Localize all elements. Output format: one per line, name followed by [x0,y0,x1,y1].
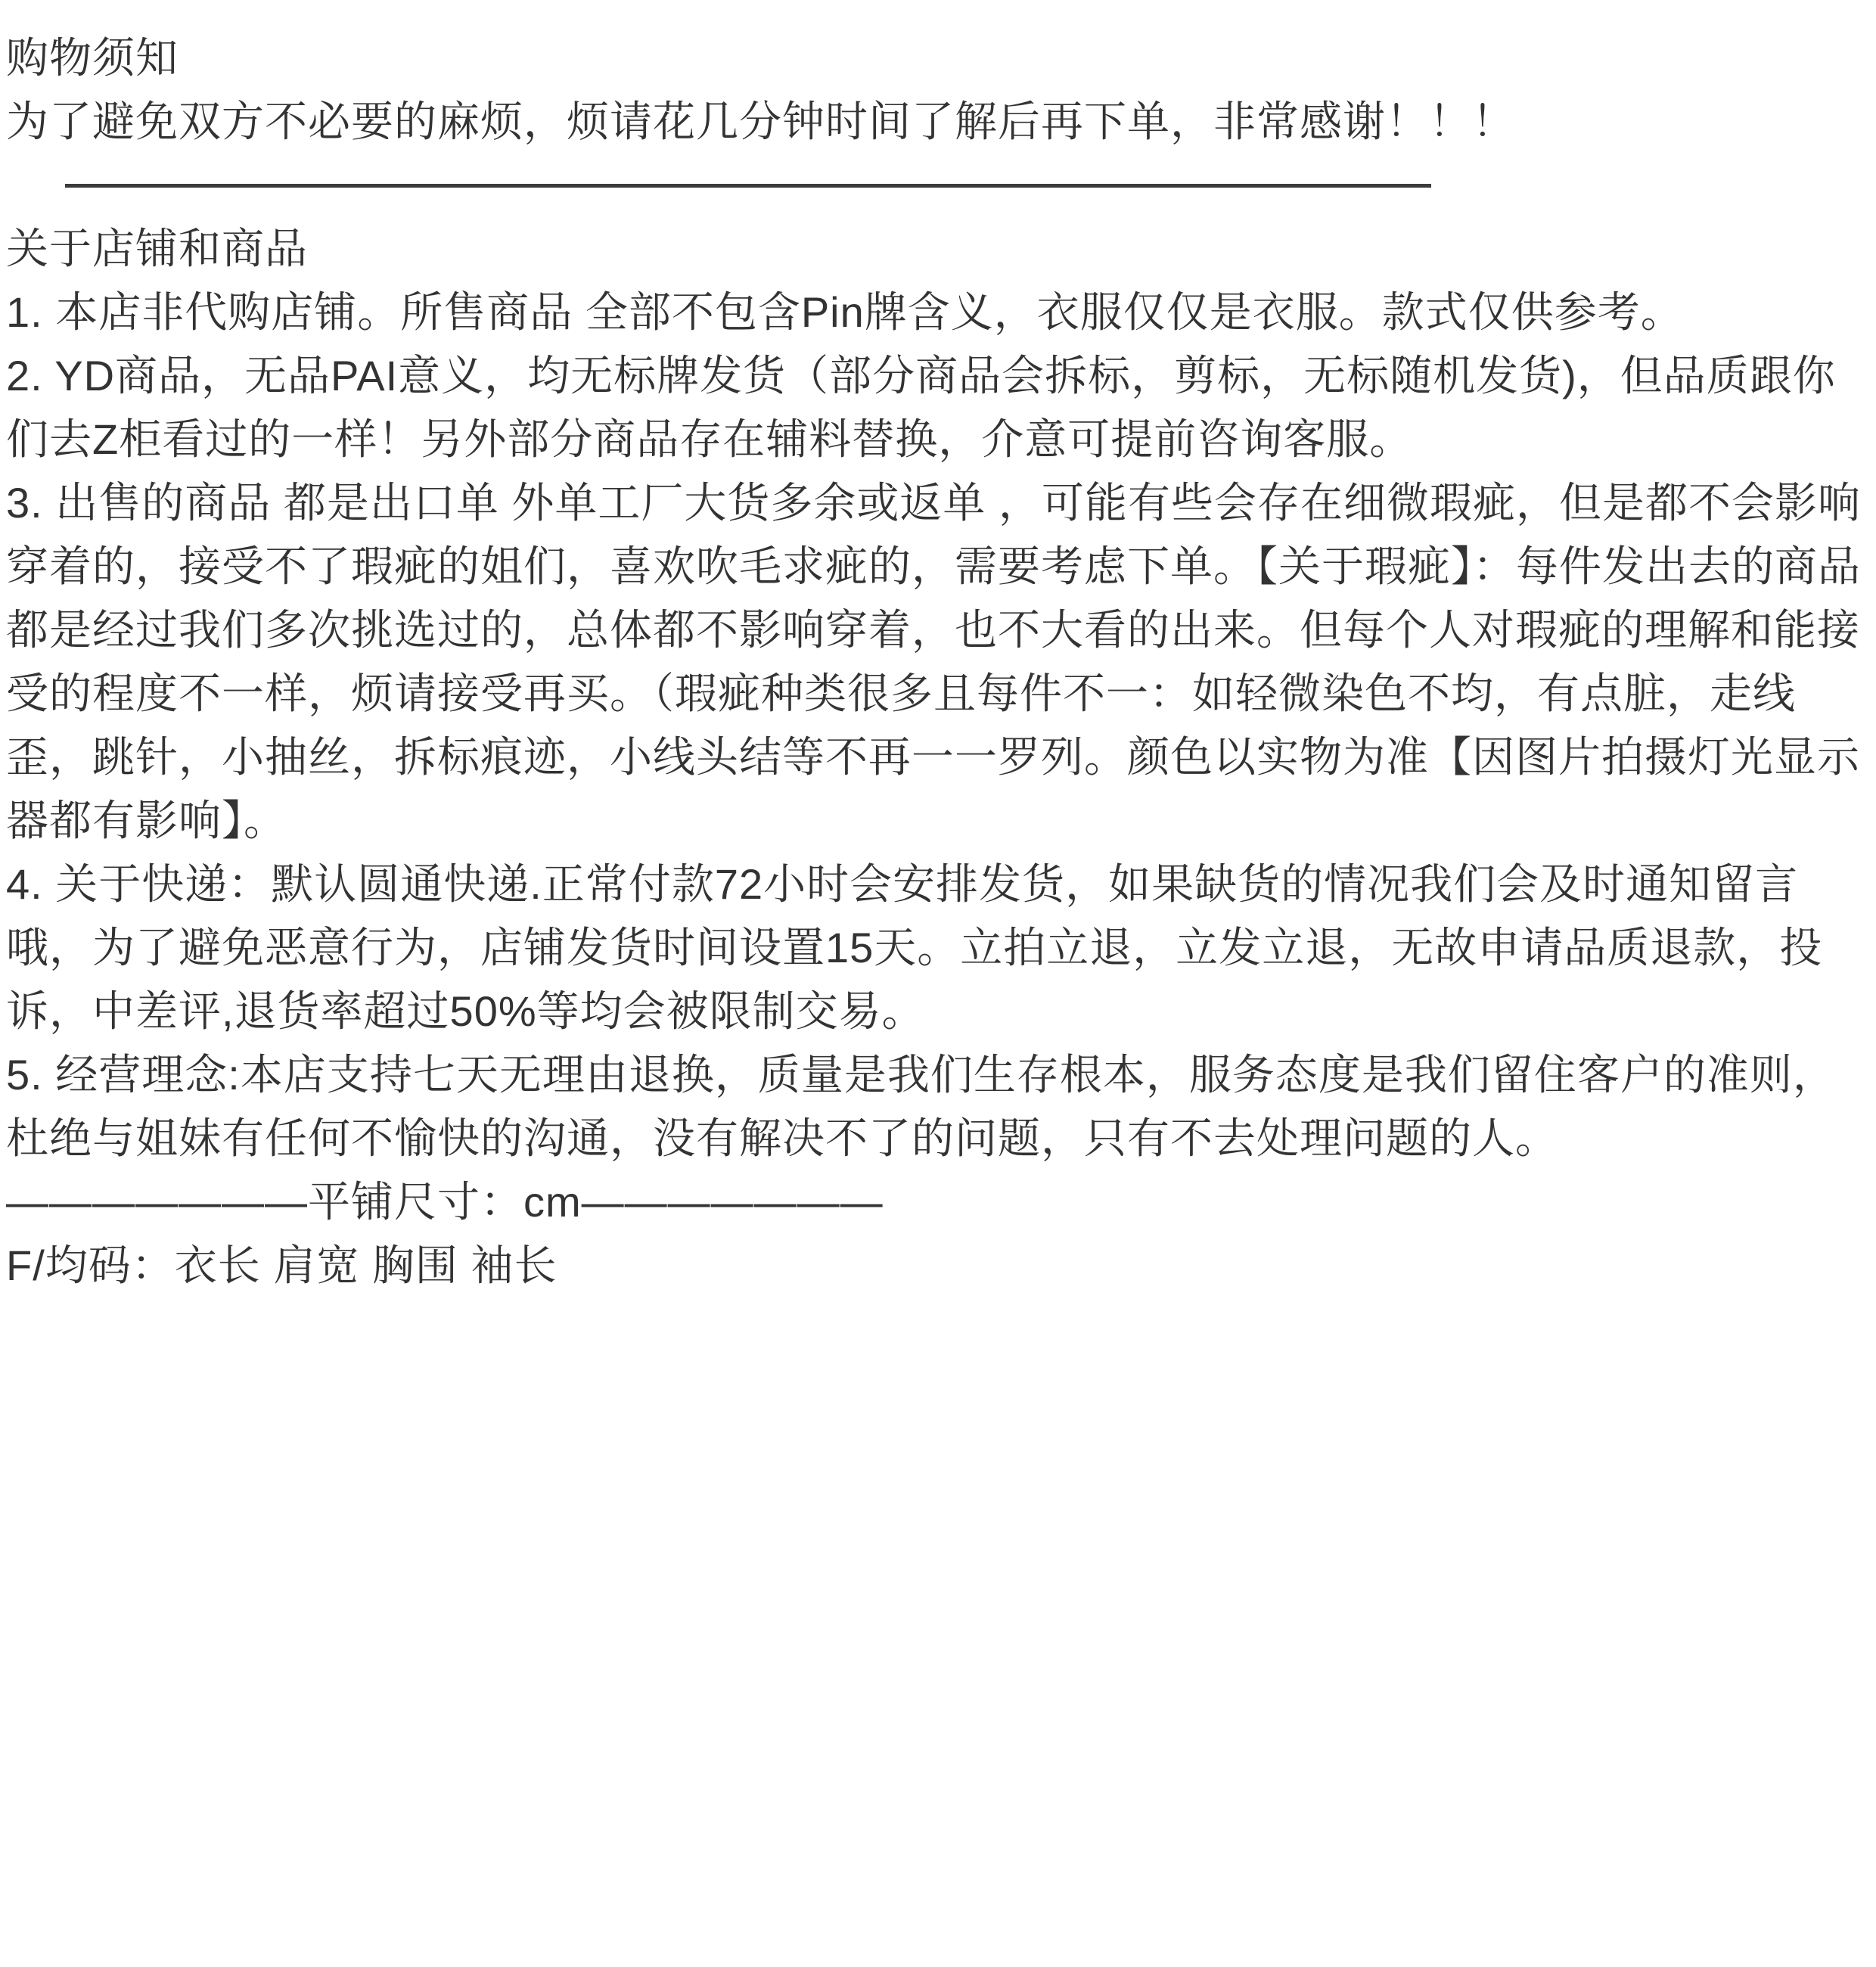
shopping-notice-document: 购物须知 为了避免双方不必要的麻烦，烦请花几分钟时间了解后再下单，非常感谢！！！… [0,0,1876,1967]
divider-line [65,184,1431,188]
notice-item-4: 4. 关于快递：默认圆通快递.正常付款72小时会安排发货，如果缺货的情况我们会及… [6,853,1868,1043]
notice-item-2: 2. YD商品，无品PAI意义，均无标牌发货（部分商品会拆标，剪标，无标随机发货… [6,344,1868,471]
section-header-store-and-products: 关于店铺和商品 [6,217,1868,281]
notice-item-5: 5. 经营理念:本店支持七天无理由退换，质量是我们生存根本，服务态度是我们留住客… [6,1043,1868,1170]
intro-divider [6,154,1868,217]
size-measurements-row: F/均码：衣长 肩宽 胸围 袖长 [6,1234,1868,1297]
size-section-title: ———————平铺尺寸：cm——————— [6,1170,1868,1234]
notice-item-3: 3. 出售的商品 都是出口单 外单工厂大货多余或返单 ，可能有些会存在细微瑕疵，… [6,471,1868,853]
notice-item-1: 1. 本店非代购店铺。所售商品 全部不包含Pin牌含义，衣服仅仅是衣服。款式仅供… [6,281,1868,344]
page-title: 购物须知 [6,26,1868,90]
intro-text: 为了避免双方不必要的麻烦，烦请花几分钟时间了解后再下单，非常感谢！！！ [6,90,1868,154]
